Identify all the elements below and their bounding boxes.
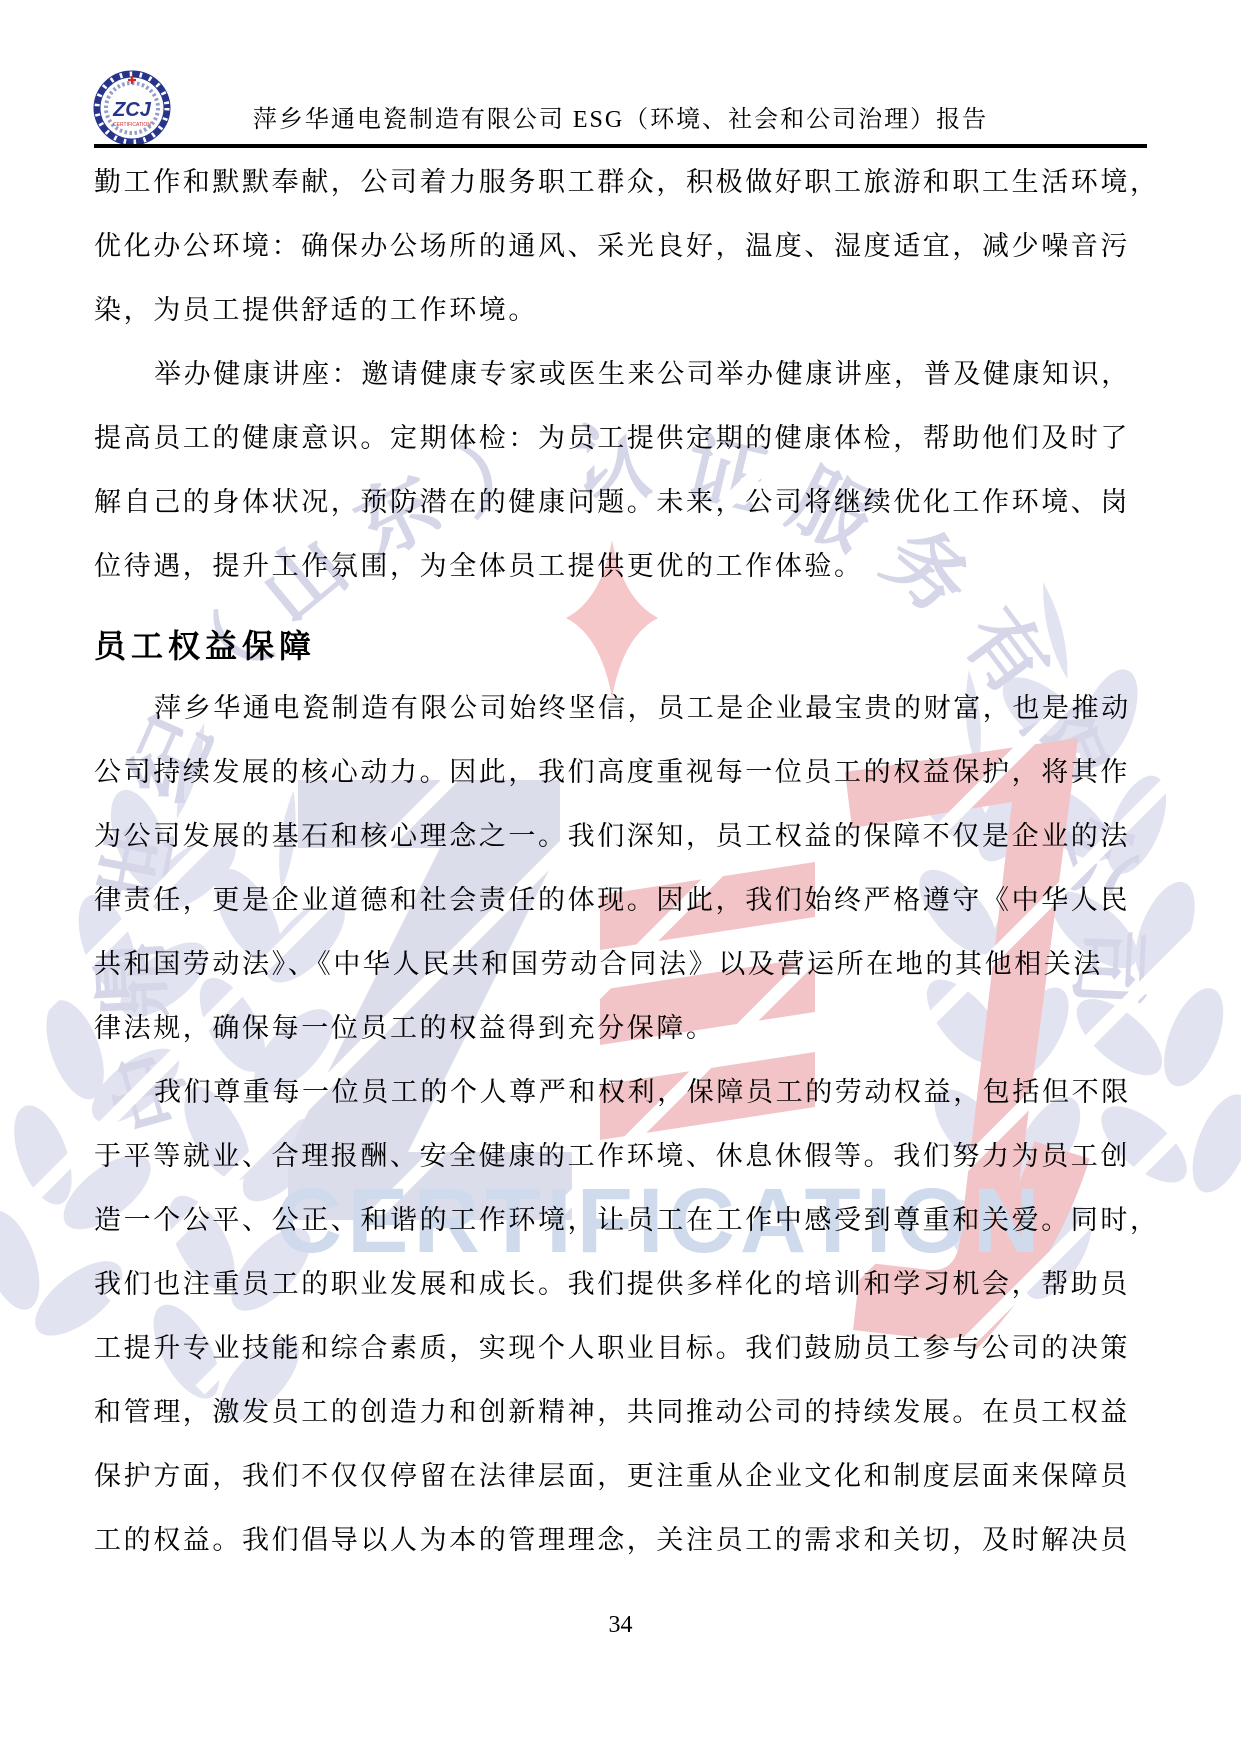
document-line: 为公司发展的基石和核心理念之一。我们深知，员工权益的保障不仅是企业的法 [94, 804, 1154, 868]
document-line: 工的权益。我们倡导以人为本的管理理念，关注员工的需求和关切，及时解决员 [94, 1508, 1154, 1572]
document-line: 律法规，确保每一位员工的权益得到充分保障。 [94, 996, 1154, 1060]
document-line: 染，为员工提供舒适的工作环境。 [94, 278, 1154, 342]
document-line: 我们尊重每一位员工的个人尊严和权利，保障员工的劳动权益，包括但不限 [94, 1060, 1154, 1124]
document-line: 于平等就业、合理报酬、安全健康的工作环境、休息休假等。我们努力为员工创 [94, 1124, 1154, 1188]
document-line: 勤工作和默默奉献，公司着力服务职工群众，积极做好职工旅游和职工生活环境， [94, 150, 1154, 214]
document-line: 共和国劳动法》、《中华人民共和国劳动合同法》以及营运所在地的其他相关法 [94, 932, 1154, 996]
document-line: 提高员工的健康意识。定期体检：为员工提供定期的健康体检，帮助他们及时了 [94, 406, 1154, 470]
document-line: 公司持续发展的核心动力。因此，我们高度重视每一位员工的权益保护，将其作 [94, 740, 1154, 804]
header-rule [94, 144, 1147, 148]
document-page: 中鼎世纪（山东）认证服务有限公司 [0, 0, 1241, 1754]
document-line: 保护方面，我们不仅仅停留在法律层面，更注重从企业文化和制度层面来保障员 [94, 1444, 1154, 1508]
document-line: 我们也注重员工的职业发展和成长。我们提供多样化的培训和学习机会，帮助员 [94, 1252, 1154, 1316]
logo-cross-icon: ✚ [127, 75, 136, 87]
page-number: 34 [0, 1612, 1241, 1639]
document-line: 和管理，激发员工的创造力和创新精神，共同推动公司的持续发展。在员工权益 [94, 1380, 1154, 1444]
document-line: 解自己的身体状况，预防潜在的健康问题。未来，公司将继续优化工作环境、岗 [94, 470, 1154, 534]
document-line: 位待遇，提升工作氛围，为全体员工提供更优的工作体验。 [94, 534, 1154, 598]
document-line: 造一个公平、公正、和谐的工作环境，让员工在工作中感受到尊重和关爱。同时， [94, 1188, 1154, 1252]
document-body: 勤工作和默默奉献，公司着力服务职工群众，积极做好职工旅游和职工生活环境，优化办公… [94, 150, 1154, 1572]
document-line: 举办健康讲座：邀请健康专家或医生来公司举办健康讲座，普及健康知识， [94, 342, 1154, 406]
report-header-title: 萍乡华通电瓷制造有限公司 ESG（环境、社会和公司治理）报告 [0, 99, 1241, 134]
document-line: 律责任，更是企业道德和社会责任的体现。因此，我们始终严格遵守《中华人民 [94, 868, 1154, 932]
document-line: 优化办公环境：确保办公场所的通风、采光良好，温度、湿度适宜，减少噪音污 [94, 214, 1154, 278]
document-line: 工提升专业技能和综合素质，实现个人职业目标。我们鼓励员工参与公司的决策 [94, 1316, 1154, 1380]
section-heading: 员工权益保障 [94, 598, 1154, 676]
document-line: 萍乡华通电瓷制造有限公司始终坚信，员工是企业最宝贵的财富，也是推动 [94, 676, 1154, 740]
